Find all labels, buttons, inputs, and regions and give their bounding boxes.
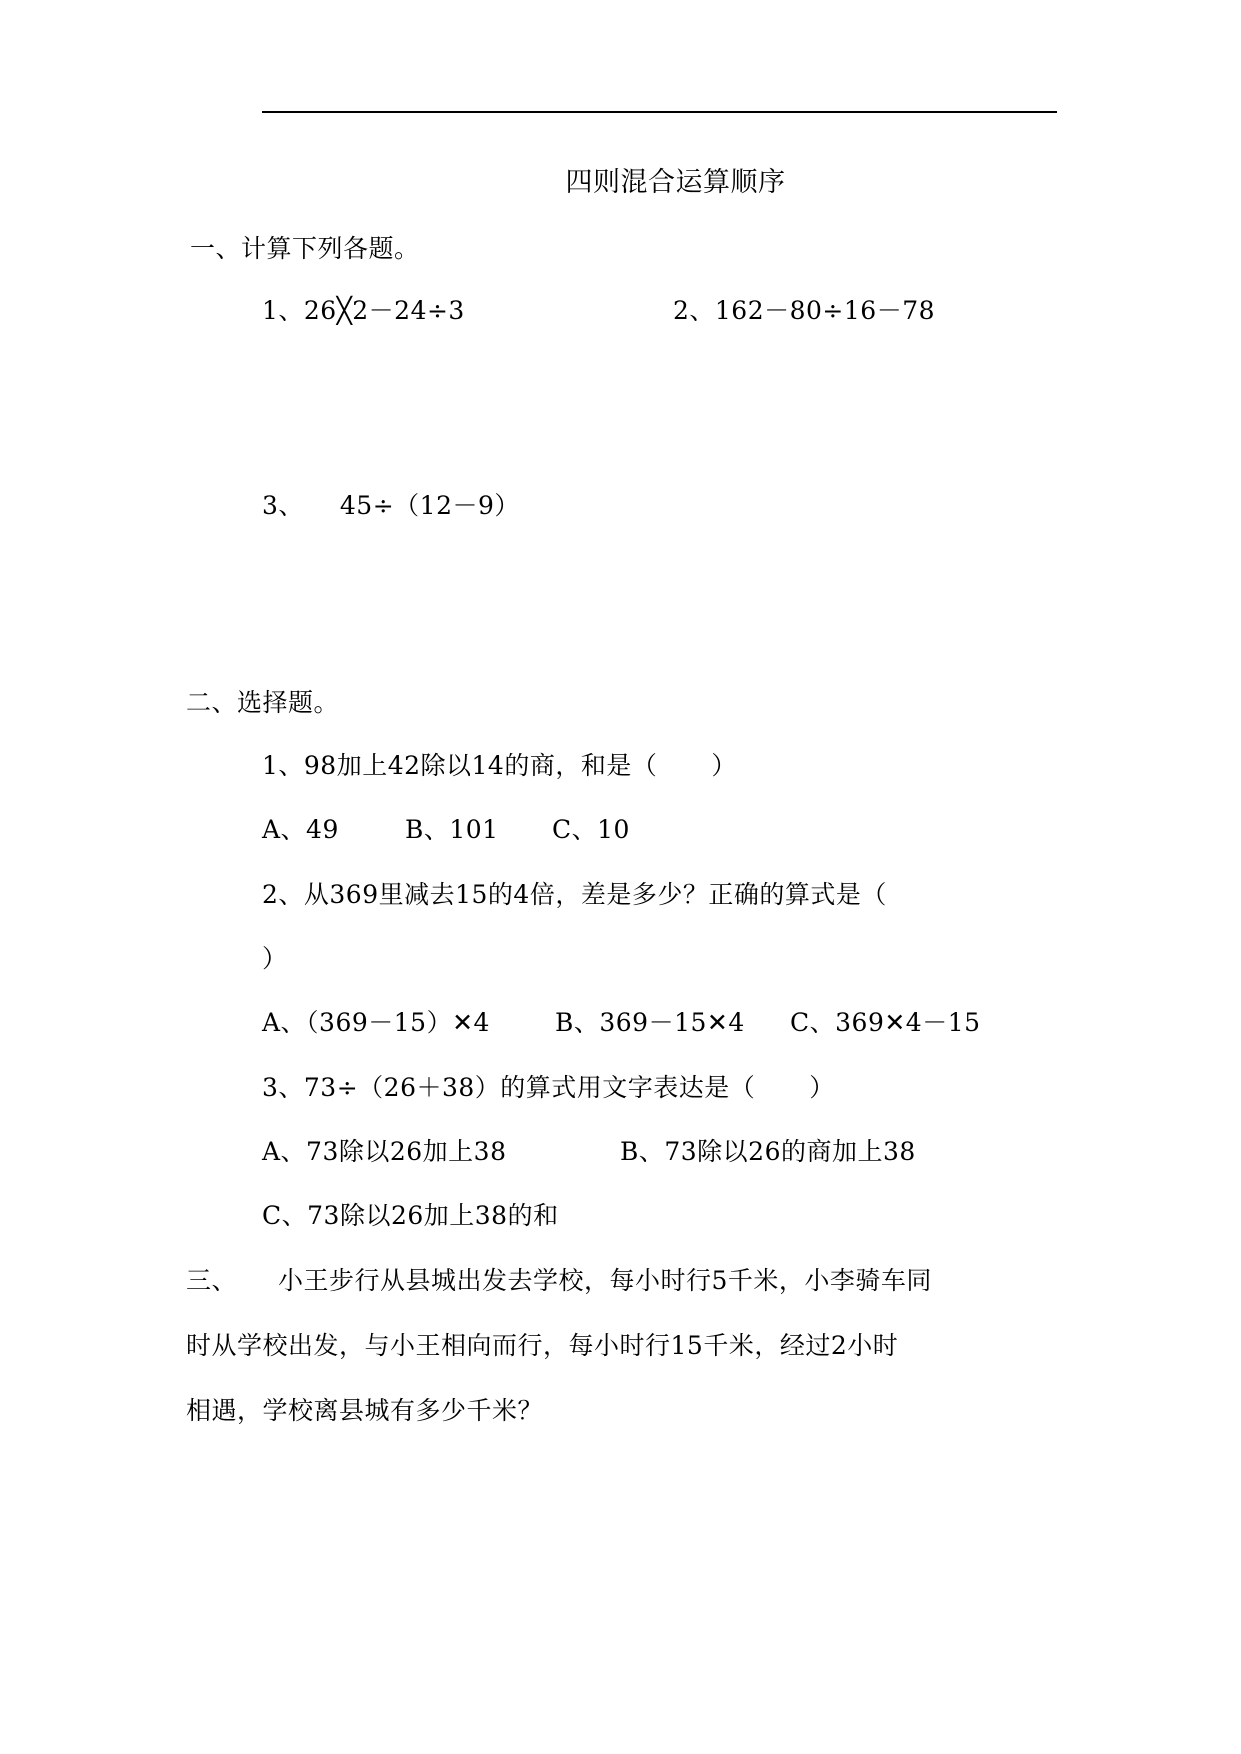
problem-expression: 45÷（12－9） (340, 491, 520, 520)
section2-heading: 二、选择题。 (186, 688, 339, 718)
problem-expression: 26╳2－24÷3 (304, 296, 465, 325)
question-3-stem: 3、73÷（26＋38）的算式用文字表达是（） (262, 1073, 835, 1103)
question-1-options: A、49 (262, 815, 339, 845)
question-3-option-c: C、73除以26加上38的和 (262, 1201, 559, 1231)
question-3-option-a: A、73除以26加上38 (262, 1137, 507, 1167)
problem-3: 3、45÷（12－9） (262, 491, 520, 521)
section1-heading: 一、计算下列各题。 (190, 234, 420, 264)
question-1-option-c: C、10 (552, 815, 630, 845)
problem-number: 2、 (673, 296, 715, 325)
option-a: A、73除以26加上38 (262, 1137, 507, 1166)
option-a: A、（369－15）✕4 (262, 1008, 490, 1037)
option-c: C、10 (552, 815, 630, 844)
question-2-option-a: A、（369－15）✕4 (262, 1008, 490, 1038)
problem-1: 1、26╳2－24÷3 (262, 296, 465, 326)
header-rule (262, 111, 1057, 113)
problem-number: 3、 (262, 491, 304, 520)
option-b: B、369－15✕4 (555, 1008, 745, 1037)
question-1-option-b: B、101 (405, 815, 499, 845)
question-2-option-c: C、369✕4－15 (790, 1008, 981, 1038)
question-3-option-b: B、73除以26的商加上38 (620, 1137, 916, 1167)
option-b: B、101 (405, 815, 499, 844)
problem-number: 1、 (262, 296, 304, 325)
word-problem-line-2: 时从学校出发，与小王相向而行，每小时行15千米，经过2小时 (186, 1331, 898, 1361)
page-title: 四则混合运算顺序 (0, 168, 1241, 198)
word-problem-line-1: 小王步行从县城出发去学校，每小时行5千米，小李骑车同 (278, 1266, 932, 1296)
question-2-stem-close: ） (262, 944, 288, 974)
question-1-stem: 1、98加上42除以14的商，和是（） (262, 751, 737, 781)
section3-heading: 三、 (186, 1266, 237, 1296)
option-a: A、49 (262, 815, 339, 844)
question-2-option-b: B、369－15✕4 (555, 1008, 745, 1038)
option-c: C、73除以26加上38的和 (262, 1201, 559, 1230)
option-b: B、73除以26的商加上38 (620, 1137, 916, 1166)
problem-expression: 162－80÷16－78 (715, 296, 935, 325)
question-2-stem: 2、从369里减去15的4倍，差是多少？正确的算式是（ (262, 880, 887, 910)
problem-2: 2、162－80÷16－78 (673, 296, 935, 326)
word-problem-line-3: 相遇，学校离县城有多少千米？ (186, 1396, 543, 1426)
option-c: C、369✕4－15 (790, 1008, 981, 1037)
